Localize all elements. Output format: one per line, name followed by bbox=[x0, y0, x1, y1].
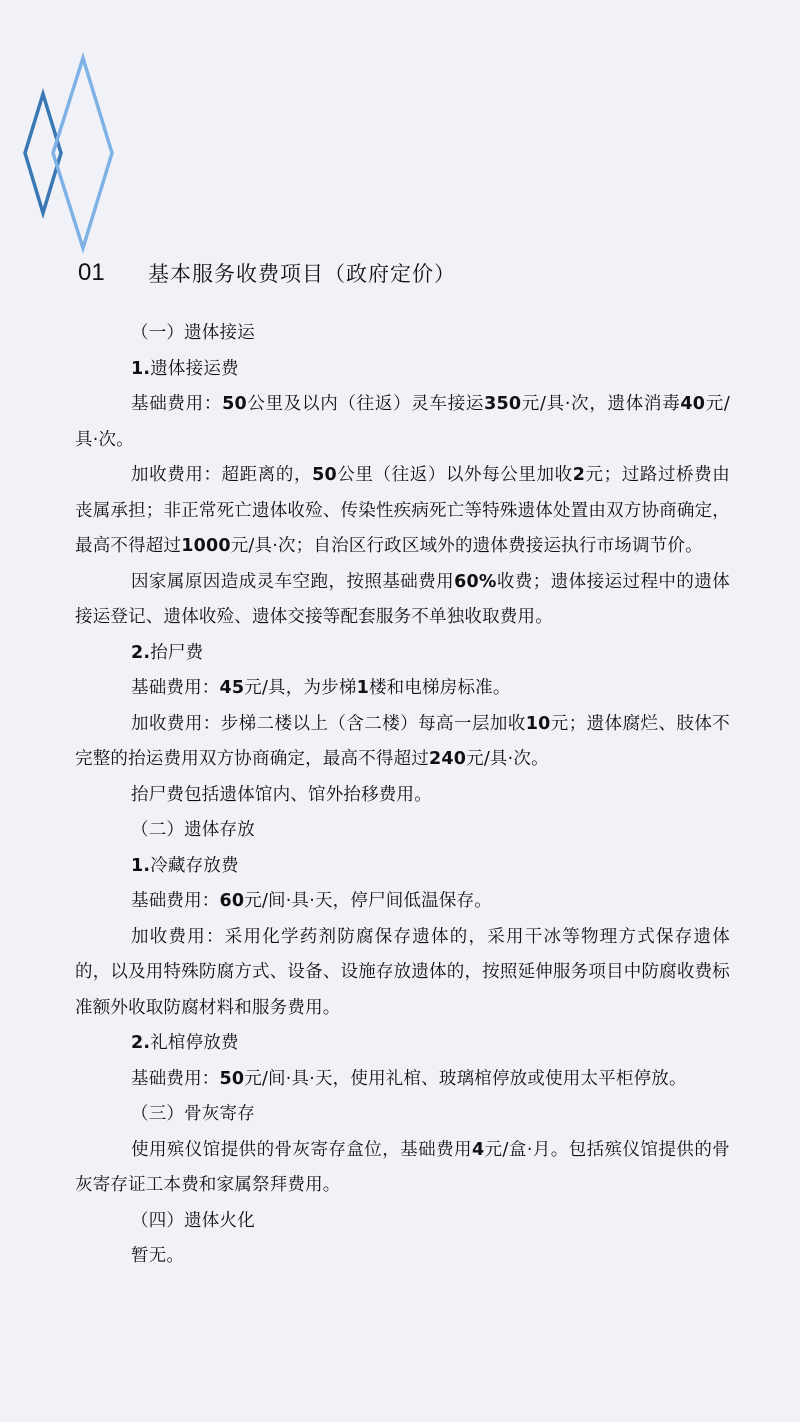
item-title-text: 礼棺停放费 bbox=[150, 1033, 239, 1053]
item-title: 2.礼棺停放费 bbox=[75, 1026, 730, 1062]
subsection-title: （二）遗体存放 bbox=[75, 813, 730, 849]
item-title: 2.抬尸费 bbox=[75, 636, 730, 672]
item-title-text: 冷藏存放费 bbox=[150, 856, 239, 876]
item-number: 2. bbox=[131, 643, 150, 663]
paragraph: 加收费用：采用化学药剂防腐保存遗体的，采用干冰等物理方式保存遗体的，以及用特殊防… bbox=[75, 920, 730, 1027]
item-title: 1.冷藏存放费 bbox=[75, 849, 730, 885]
section-heading: 01 基本服务收费项目（政府定价） bbox=[78, 258, 456, 288]
item-number: 2. bbox=[131, 1033, 150, 1053]
item-number: 1. bbox=[131, 359, 150, 379]
paragraph: 基础费用：50元/间·具·天，使用礼棺、玻璃棺停放或使用太平柜停放。 bbox=[75, 1062, 730, 1098]
double-diamond-icon bbox=[0, 0, 130, 260]
paragraph: 使用殡仪馆提供的骨灰寄存盒位，基础费用4元/盒·月。包括殡仪馆提供的骨灰寄存证工… bbox=[75, 1133, 730, 1204]
item-title-text: 遗体接运费 bbox=[150, 359, 239, 379]
paragraph: 抬尸费包括遗体馆内、馆外抬移费用。 bbox=[75, 778, 730, 814]
document-body: （一）遗体接运 1.遗体接运费 基础费用：50公里及以内（往返）灵车接运350元… bbox=[75, 316, 730, 1275]
item-number: 1. bbox=[131, 856, 150, 876]
paragraph: 暂无。 bbox=[75, 1239, 730, 1275]
section-number: 01 bbox=[78, 259, 148, 287]
subsection-title: （四）遗体火化 bbox=[75, 1204, 730, 1240]
section-title: 基本服务收费项目（政府定价） bbox=[148, 258, 456, 288]
paragraph: 基础费用：60元/间·具·天，停尸间低温保存。 bbox=[75, 884, 730, 920]
item-title: 1.遗体接运费 bbox=[75, 352, 730, 388]
paragraph: 加收费用：步梯二楼以上（含二楼）每高一层加收10元；遗体腐烂、肢体不完整的抬运费… bbox=[75, 707, 730, 778]
paragraph: 基础费用：45元/具，为步梯1楼和电梯房标准。 bbox=[75, 671, 730, 707]
subsection-title: （一）遗体接运 bbox=[75, 316, 730, 352]
paragraph: 加收费用：超距离的，50公里（往返）以外每公里加收2元；过路过桥费由丧属承担；非… bbox=[75, 458, 730, 565]
item-title-text: 抬尸费 bbox=[150, 643, 203, 663]
dark-diamond-icon bbox=[25, 94, 61, 213]
subsection-title: （三）骨灰寄存 bbox=[75, 1097, 730, 1133]
paragraph: 基础费用：50公里及以内（往返）灵车接运350元/具·次，遗体消毒40元/具·次… bbox=[75, 387, 730, 458]
paragraph: 因家属原因造成灵车空跑，按照基础费用60%收费；遗体接运过程中的遗体接运登记、遗… bbox=[75, 565, 730, 636]
